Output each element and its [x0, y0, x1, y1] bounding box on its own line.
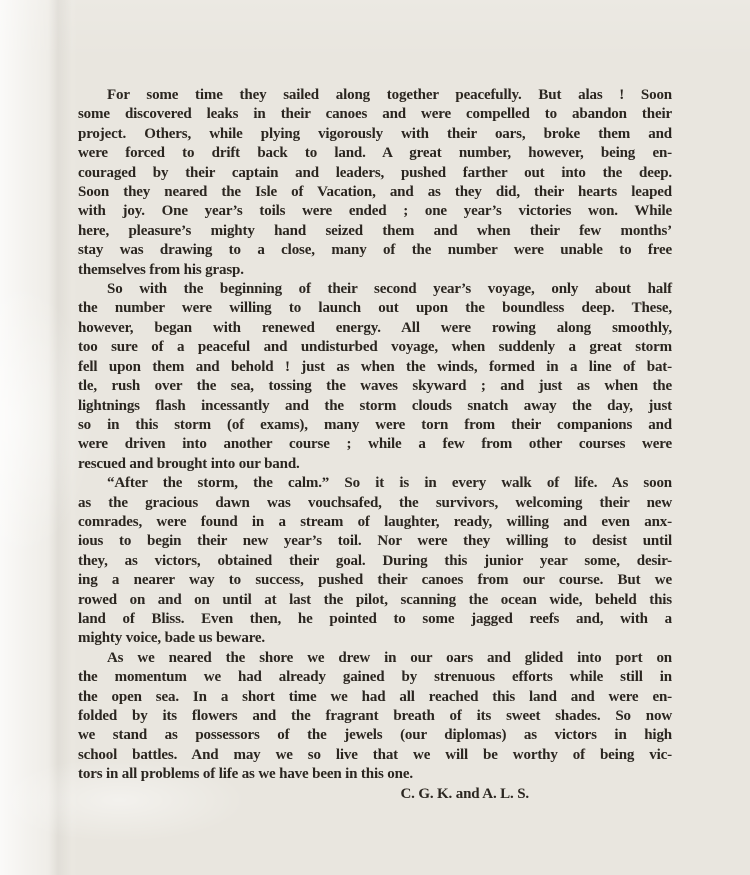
text-line: were driven into another course ; while …: [78, 435, 672, 454]
text-line: As we neared the shore we drew in our oa…: [78, 649, 672, 668]
text-line: the momentum we had already gained by st…: [78, 668, 672, 687]
signature: C. G. K. and A. L. S.: [78, 785, 672, 804]
text-line: they, as victors, obtained their goal. D…: [78, 552, 672, 571]
text-line: the number were willing to launch out up…: [78, 299, 672, 318]
text-line: So with the beginning of their second ye…: [78, 280, 672, 299]
text-line: we stand as possessors of the jewels (ou…: [78, 726, 672, 745]
text-line: project. Others, while plying vigorously…: [78, 125, 672, 144]
scanned-page: For some time they sailed along together…: [0, 0, 750, 875]
paragraph: So with the beginning of their second ye…: [78, 280, 672, 474]
paragraph: As we neared the shore we drew in our oa…: [78, 649, 672, 785]
text-line: however, began with renewed energy. All …: [78, 319, 672, 338]
text-line: fell upon them and behold ! just as when…: [78, 358, 672, 377]
text-line: the open sea. In a short time we had all…: [78, 688, 672, 707]
text-line: For some time they sailed along together…: [78, 86, 672, 105]
paragraph: “After the storm, the calm.” So it is in…: [78, 474, 672, 649]
text-line: stay was drawing to a close, many of the…: [78, 241, 672, 260]
text-line: some discovered leaks in their canoes an…: [78, 105, 672, 124]
text-line: couraged by their captain and leaders, p…: [78, 164, 672, 183]
text-line: school battles. And may we so live that …: [78, 746, 672, 765]
text-line: themselves from his grasp.: [78, 261, 672, 280]
text-line: ing a nearer way to success, pushed thei…: [78, 571, 672, 590]
text-block: For some time they sailed along together…: [78, 86, 672, 804]
text-line: comrades, were found in a stream of laug…: [78, 513, 672, 532]
text-line: land of Bliss. Even then, he pointed to …: [78, 610, 672, 629]
text-line: rescued and brought into our band.: [78, 455, 672, 474]
text-line: tle, rush over the sea, tossing the wave…: [78, 377, 672, 396]
text-line: too sure of a peaceful and undisturbed v…: [78, 338, 672, 357]
text-line: so in this storm (of exams), many were t…: [78, 416, 672, 435]
text-line: as the gracious dawn was vouchsafed, the…: [78, 494, 672, 513]
paragraph: For some time they sailed along together…: [78, 86, 672, 280]
text-line: here, pleasure’s mighty hand seized them…: [78, 222, 672, 241]
text-line: tors in all problems of life as we have …: [78, 765, 672, 784]
text-line: mighty voice, bade us beware.: [78, 629, 672, 648]
text-line: Soon they neared the Isle of Vacation, a…: [78, 183, 672, 202]
text-line: ious to begin their new year’s toil. Nor…: [78, 532, 672, 551]
text-line: were forced to drift back to land. A gre…: [78, 144, 672, 163]
text-line: rowed on and on until at last the pilot,…: [78, 591, 672, 610]
text-line: lightnings flash incessantly and the sto…: [78, 397, 672, 416]
text-line: folded by its flowers and the fragrant b…: [78, 707, 672, 726]
text-line: with joy. One year’s toils were ended ; …: [78, 202, 672, 221]
text-line: “After the storm, the calm.” So it is in…: [78, 474, 672, 493]
